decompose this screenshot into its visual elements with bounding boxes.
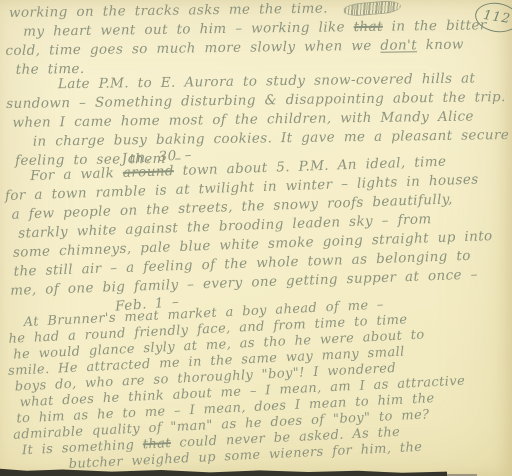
journal-entry: Feb. 1 –At Brunner's meat market a boy a… <box>3 274 512 476</box>
journal-page: 112 working on the tracks asks me the ti… <box>0 0 512 476</box>
journal-entries: working on the tracks asks me the time. … <box>0 0 512 476</box>
scribble-mark <box>342 0 401 17</box>
